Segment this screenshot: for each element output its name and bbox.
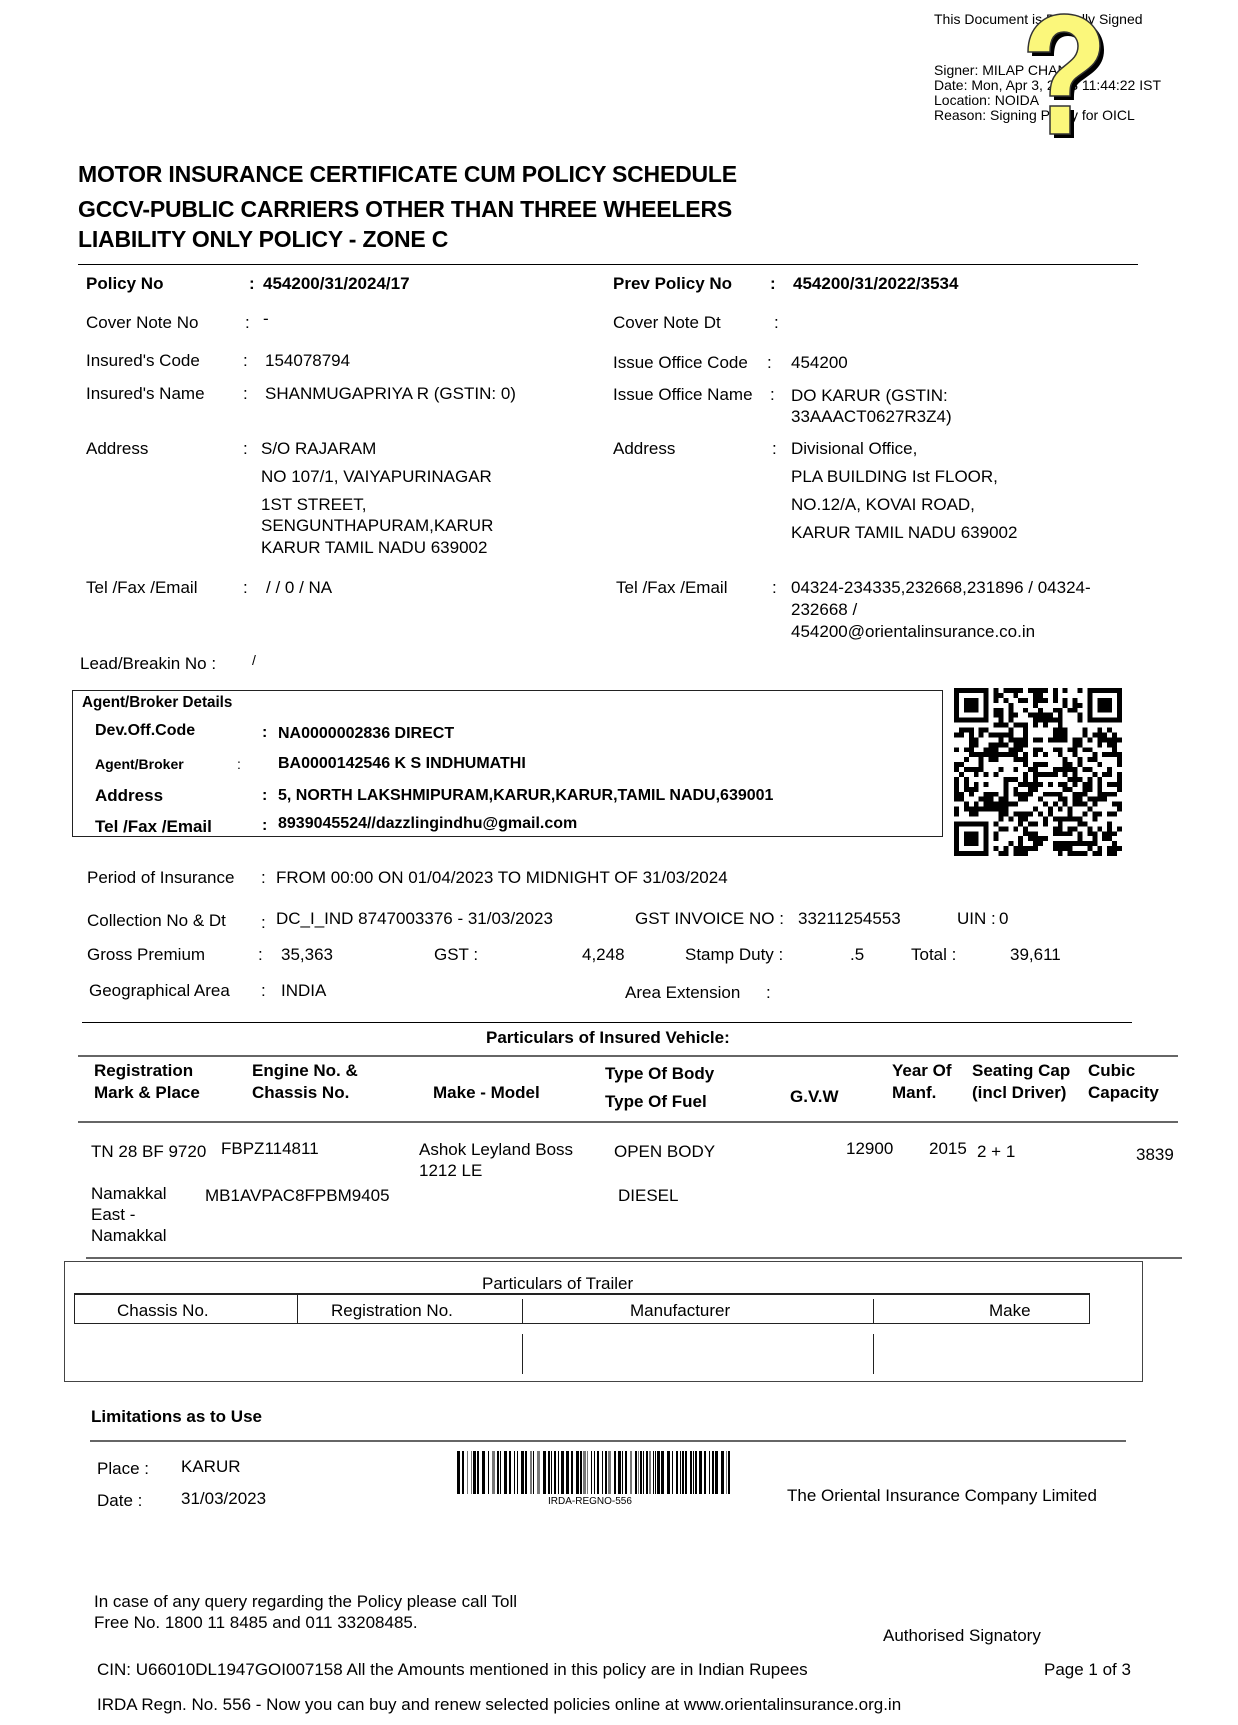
- office-email-link[interactable]: 454200@orientalinsurance.co.in: [791, 622, 1035, 642]
- col-header-engine: Engine No. & Chassis No.: [252, 1060, 358, 1104]
- office-tel-line: 04324-234335,232668,231896 / 04324-: [791, 578, 1091, 598]
- cin-text: CIN: U66010DL1947GOI007158 All the Amoun…: [97, 1660, 808, 1680]
- colon: :: [262, 724, 267, 742]
- title-line-3: LIABILITY ONLY POLICY - ZONE C: [78, 226, 448, 253]
- colon: :: [243, 384, 248, 404]
- total-label: Total :: [911, 945, 956, 965]
- uin-label: UIN :: [957, 909, 996, 929]
- office-address-line: Divisional Office,: [791, 439, 917, 459]
- insured-name-label: Insured's Name: [86, 384, 205, 404]
- stamp-duty-label: Stamp Duty :: [685, 945, 783, 965]
- gross-premium-label: Gross Premium: [87, 945, 205, 965]
- colon: :: [261, 868, 266, 888]
- divider: [873, 1334, 874, 1374]
- dev-off-code-value: NA0000002836 DIRECT: [278, 725, 454, 743]
- colon: :: [262, 817, 267, 835]
- issue-office-code-label: Issue Office Code: [613, 353, 748, 373]
- colon: :: [243, 439, 248, 459]
- trailer-col-manufacturer: Manufacturer: [630, 1301, 730, 1321]
- colon: :: [258, 945, 263, 965]
- insured-name-value: SHANMUGAPRIYA R (GSTIN: 0): [265, 384, 516, 404]
- stamp-duty-value: .5: [850, 945, 864, 965]
- cell-cc: 3839: [1136, 1145, 1174, 1165]
- insured-tel-label: Tel /Fax /Email: [86, 578, 197, 598]
- cell-fuel: DIESEL: [618, 1186, 678, 1206]
- cell-reg-no: TN 28 BF 9720: [91, 1142, 206, 1162]
- date-value: 31/03/2023: [181, 1489, 266, 1509]
- insured-address-line: 1ST STREET,: [261, 495, 367, 515]
- colon: :: [245, 313, 250, 333]
- page-number: Page 1 of 3: [1044, 1660, 1131, 1680]
- colon: :: [772, 578, 777, 598]
- colon: :: [261, 981, 266, 1001]
- cell-chassis-no: MB1AVPAC8FPBM9405: [205, 1186, 390, 1206]
- colon: :: [243, 578, 248, 598]
- period-label: Period of Insurance: [87, 868, 234, 888]
- office-address-line: KARUR TAMIL NADU 639002: [791, 523, 1017, 543]
- col-header-cc: Cubic Capacity: [1088, 1060, 1159, 1104]
- title-line-2: GCCV-PUBLIC CARRIERS OTHER THAN THREE WH…: [78, 196, 732, 223]
- period-value: FROM 00:00 ON 01/04/2023 TO MIDNIGHT OF …: [276, 868, 728, 888]
- col-header-seating: Seating Cap (incl Driver): [972, 1060, 1070, 1104]
- colon: :: [774, 313, 779, 333]
- query-text: In case of any query regarding the Polic…: [94, 1591, 517, 1633]
- colon: :: [766, 983, 771, 1003]
- agent-address-label: Address: [95, 786, 163, 806]
- authorised-signatory: Authorised Signatory: [883, 1626, 1041, 1646]
- issue-office-name-line: 33AAACT0627R3Z4): [791, 407, 952, 427]
- agent-broker-value: BA0000142546 K S INDHUMATHI: [278, 755, 526, 773]
- question-mark-icon[interactable]: [1010, 12, 1110, 142]
- col-header-make: Make - Model: [433, 1083, 540, 1103]
- cover-note-no-label: Cover Note No: [86, 313, 198, 333]
- collection-label: Collection No & Dt: [87, 911, 226, 931]
- gross-premium-value: 35,363: [281, 945, 333, 965]
- policy-no-colon: :: [249, 274, 255, 294]
- col-header-body: Type Of Body Type Of Fuel: [605, 1060, 714, 1116]
- gst-invoice-value: 33211254553: [798, 909, 901, 929]
- limitations-heading: Limitations as to Use: [91, 1407, 262, 1427]
- col-header-year: Year Of Manf.: [892, 1060, 952, 1104]
- qr-code-icon: [953, 688, 1123, 856]
- divider: [522, 1299, 523, 1324]
- insured-address-line: SENGUNTHAPURAM,KARUR: [261, 516, 493, 536]
- colon: :: [243, 351, 248, 371]
- insured-address-line: NO 107/1, VAIYAPURINAGAR: [261, 467, 492, 487]
- col-header-gvw: G.V.W: [790, 1087, 839, 1107]
- colon: :: [237, 756, 241, 772]
- insured-code-value: 154078794: [265, 351, 350, 371]
- divider: [297, 1295, 298, 1324]
- lead-breakin-label: Lead/Breakin No :: [80, 654, 216, 674]
- trailer-col-make: Make: [989, 1301, 1031, 1321]
- cover-note-no-value: -: [263, 309, 269, 329]
- issue-office-code-value: 454200: [791, 353, 848, 373]
- gst-value: 4,248: [582, 945, 625, 965]
- divider: [78, 264, 1138, 265]
- trailer-col-registration: Registration No.: [331, 1301, 453, 1321]
- cell-year: 2015: [929, 1139, 967, 1159]
- divider: [82, 1022, 1132, 1023]
- lead-breakin-value: /: [252, 652, 256, 668]
- colon: :: [772, 439, 777, 459]
- insured-tel-value: / / 0 / NA: [266, 578, 332, 598]
- area-extension-label: Area Extension: [625, 983, 740, 1003]
- geo-area-label: Geographical Area: [89, 981, 230, 1001]
- agent-tel-label: Tel /Fax /Email: [95, 817, 212, 837]
- issue-office-name-label: Issue Office Name: [613, 385, 753, 405]
- colon: :: [767, 353, 772, 373]
- geo-area-value: INDIA: [281, 981, 326, 1001]
- dev-off-code-label: Dev.Off.Code: [95, 722, 195, 740]
- office-tel-line: 232668 /: [791, 600, 857, 620]
- colon: :: [261, 913, 266, 933]
- col-header-registration: Registration Mark & Place: [94, 1060, 200, 1104]
- divider: [86, 1257, 1182, 1259]
- gst-invoice-label: GST INVOICE NO :: [635, 909, 784, 929]
- issue-office-name-line: DO KARUR (GSTIN:: [791, 386, 948, 406]
- divider: [873, 1299, 874, 1324]
- barcode-icon: [457, 1451, 733, 1494]
- cell-engine-no: FBPZ114811: [221, 1139, 319, 1159]
- collection-value: DC_I_IND 8747003376 - 31/03/2023: [276, 909, 553, 929]
- office-address-label: Address: [613, 439, 675, 459]
- trailer-col-chassis: Chassis No.: [117, 1301, 209, 1321]
- insured-code-label: Insured's Code: [86, 351, 200, 371]
- cell-body: OPEN BODY: [614, 1142, 715, 1162]
- divider: [78, 1121, 1178, 1123]
- cell-gvw: 12900: [846, 1139, 893, 1159]
- agent-heading: Agent/Broker Details: [82, 694, 232, 712]
- policy-no-label: Policy No: [86, 274, 163, 294]
- office-address-line: PLA BUILDING Ist FLOOR,: [791, 467, 998, 487]
- divider: [522, 1334, 523, 1374]
- total-value: 39,611: [1010, 945, 1061, 965]
- prev-policy-no-label: Prev Policy No: [613, 274, 732, 294]
- cell-place: Namakkal East - Namakkal: [91, 1183, 167, 1246]
- date-label: Date :: [97, 1491, 142, 1511]
- cell-make-model: Ashok Leyland Boss 1212 LE: [419, 1139, 573, 1181]
- uin-value: 0: [999, 909, 1008, 929]
- place-value: KARUR: [181, 1457, 241, 1477]
- vehicle-heading: Particulars of Insured Vehicle:: [486, 1028, 730, 1048]
- title-line-1: MOTOR INSURANCE CERTIFICATE CUM POLICY S…: [78, 161, 737, 188]
- barcode-label: IRDA-REGNO-556: [548, 1496, 632, 1507]
- divider: [90, 1440, 1126, 1442]
- divider: [78, 1055, 1178, 1057]
- cell-seating: 2 + 1: [977, 1142, 1015, 1162]
- office-address-line: NO.12/A, KOVAI ROAD,: [791, 495, 975, 515]
- insured-address-label: Address: [86, 439, 148, 459]
- insured-address-line: S/O RAJARAM: [261, 439, 376, 459]
- trailer-heading: Particulars of Trailer: [482, 1274, 633, 1294]
- agent-tel-value: 8939045524//dazzlingindhu@gmail.com: [278, 815, 623, 833]
- policy-no-value: 454200/31/2024/17: [263, 274, 410, 294]
- agent-address-value: 5, NORTH LAKSHMIPURAM,KARUR,KARUR,TAMIL …: [278, 787, 773, 805]
- agent-broker-label: Agent/Broker: [95, 756, 184, 772]
- office-tel-label: Tel /Fax /Email: [616, 578, 727, 598]
- prev-policy-no-value: 454200/31/2022/3534: [793, 274, 958, 294]
- place-label: Place :: [97, 1459, 149, 1479]
- company-name: The Oriental Insurance Company Limited: [787, 1486, 1097, 1506]
- colon: :: [262, 787, 267, 805]
- irda-text[interactable]: IRDA Regn. No. 556 - Now you can buy and…: [97, 1695, 901, 1715]
- cover-note-dt-label: Cover Note Dt: [613, 313, 721, 333]
- colon: :: [770, 385, 775, 405]
- colon: :: [770, 274, 776, 294]
- insured-address-line: KARUR TAMIL NADU 639002: [261, 538, 487, 558]
- trailer-header-row: [74, 1293, 1090, 1324]
- gst-label: GST :: [434, 945, 478, 965]
